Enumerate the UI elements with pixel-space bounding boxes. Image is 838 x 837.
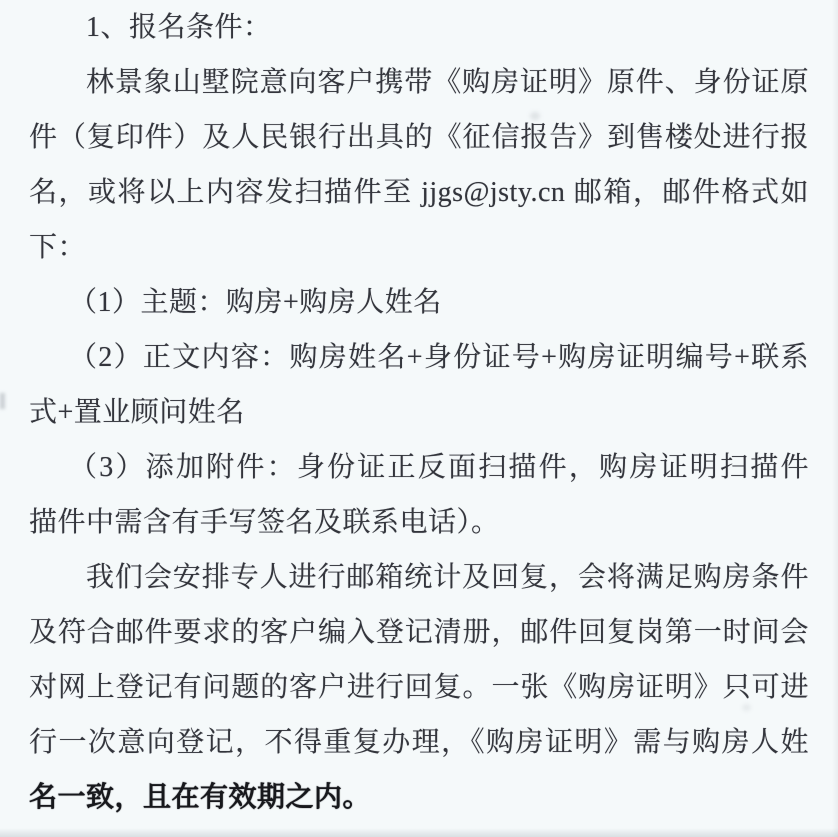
scanned-document-page: { "page": { "background_color": "#f5f9fa… — [0, 0, 838, 837]
text-line: 件（复印件）及人民银行出具的《征信报告》到售楼处进行报 — [29, 110, 809, 165]
text-line: 对网上登记有问题的客户进行回复。一张《购房证明》只可进 — [29, 660, 809, 715]
text-line: 我们会安排专人进行邮箱统计及回复，会将满足购房条件 — [29, 550, 809, 605]
text-line: 林景象山墅院意向客户携带《购房证明》原件、身份证原 — [29, 55, 809, 110]
text-line: 行一次意向登记，不得重复办理，《购房证明》需与购房人姓 — [29, 715, 809, 770]
text-line: （1）主题：购房+购房人姓名 — [29, 275, 809, 330]
text-line: 描件中需含有手写签名及联系电话）。 — [29, 495, 809, 550]
scan-smudge — [530, 112, 540, 120]
text-line: 及符合邮件要求的客户编入登记清册，邮件回复岗第一时间会 — [29, 605, 809, 660]
scan-edge-artifact — [0, 393, 5, 409]
scan-edge-shadow-bottom — [0, 828, 838, 837]
text-line: （3）添加附件：身份证正反面扫描件，购房证明扫描件（扫 — [29, 440, 809, 495]
text-line: 名一致，且在有效期之内。 — [29, 770, 809, 825]
scan-smudge — [742, 704, 751, 711]
scanned-document-text: 1、报名条件：林景象山墅院意向客户携带《购房证明》原件、身份证原件（复印件）及人… — [29, 0, 809, 825]
text-line: 式+置业顾问姓名 — [29, 385, 809, 440]
text-line: （2）正文内容：购房姓名+身份证号+购房证明编号+联系方 — [29, 330, 809, 385]
text-line: 下： — [29, 220, 809, 275]
scan-edge-shadow-right — [832, 0, 838, 837]
text-line: 1、报名条件： — [29, 0, 809, 55]
text-line: 名，或将以上内容发扫描件至 jjgs@jsty.cn 邮箱，邮件格式如 — [29, 165, 809, 220]
